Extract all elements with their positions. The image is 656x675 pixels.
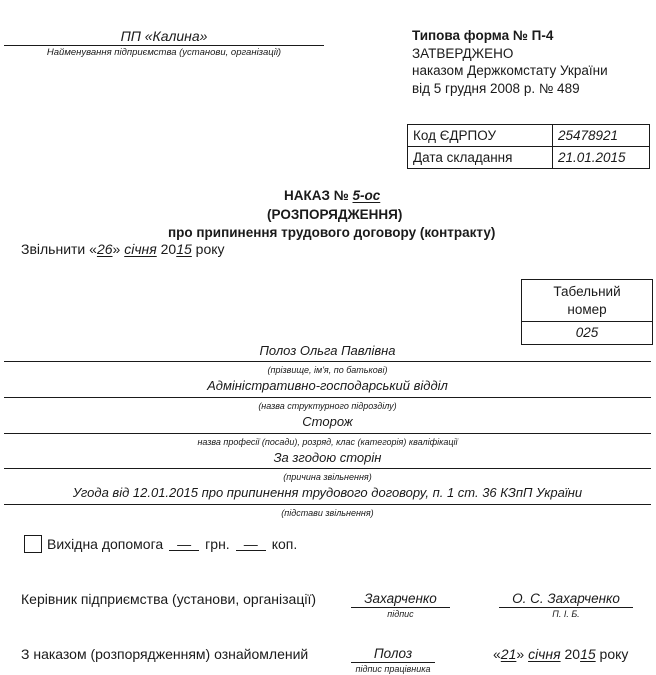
dismiss-label: Звільнити « bbox=[21, 241, 97, 257]
severance-line: Вихідна допомога — грн. — коп. bbox=[24, 535, 297, 553]
position-rule bbox=[4, 433, 651, 434]
order-number-line: НАКАЗ № 5-ос bbox=[0, 187, 656, 206]
approved-date: від 5 грудня 2008 р. № 489 bbox=[412, 80, 608, 98]
position-name: Сторож bbox=[4, 414, 651, 429]
order-title: НАКАЗ № 5-ос (РОЗПОРЯДЖЕННЯ) про припине… bbox=[0, 187, 656, 243]
dismiss-tail: року bbox=[192, 241, 225, 257]
employee-name-rule bbox=[4, 361, 651, 362]
date-value: 21.01.2015 bbox=[553, 147, 650, 169]
employee-signature-value: Полоз bbox=[351, 646, 435, 663]
ack-date-day: 21 bbox=[501, 646, 517, 662]
department-caption: (назва структурного підрозділу) bbox=[4, 401, 651, 411]
form-header: Типова форма № П-4 ЗАТВЕРДЖЕНО наказом Д… bbox=[412, 27, 608, 97]
severance-kop-value: — bbox=[236, 538, 266, 551]
employee-name-caption: (прізвище, ім'я, по батькові) bbox=[4, 365, 651, 375]
dismiss-year-suffix: 15 bbox=[176, 241, 192, 257]
dismissal-reason-rule bbox=[4, 468, 651, 469]
department-name: Адміністративно-господарський відділ bbox=[4, 378, 651, 393]
employee-signature-caption: підпис працівника bbox=[351, 664, 435, 674]
organization-rule bbox=[4, 45, 324, 46]
edrpou-value: 25478921 bbox=[553, 125, 650, 147]
severance-uah-value: — bbox=[169, 538, 199, 551]
department-rule bbox=[4, 397, 651, 398]
dismiss-date-line: Звільнити «26» січня 2015 року bbox=[21, 241, 225, 257]
dismissal-basis: Угода від 12.01.2015 про припинення труд… bbox=[4, 485, 651, 500]
head-signature-value: Захарченко bbox=[351, 591, 450, 608]
head-name-caption: П. І. Б. bbox=[499, 609, 633, 619]
ack-date-close: » bbox=[516, 646, 528, 662]
table-row: Дата складання 21.01.2015 bbox=[408, 147, 650, 169]
order-number: 5-ос bbox=[353, 188, 381, 203]
organization-name: ПП «Калина» bbox=[4, 28, 324, 44]
tab-number-label-line1: Табельний bbox=[522, 283, 652, 301]
tab-number-box: Табельний номер 025 bbox=[521, 279, 653, 345]
head-label: Керівник підприємства (установи, організ… bbox=[21, 591, 316, 607]
tab-number-value: 025 bbox=[522, 322, 652, 344]
ack-date-open: « bbox=[493, 646, 501, 662]
head-signature-caption: підпис bbox=[351, 609, 450, 619]
edrpou-label: Код ЄДРПОУ bbox=[408, 125, 553, 147]
dismiss-day: 26 bbox=[97, 241, 113, 257]
dismissal-reason-caption: (причина звільнення) bbox=[4, 472, 651, 482]
dismissal-basis-caption: (підстави звільнення) bbox=[4, 508, 651, 518]
tab-number-label: Табельний номер bbox=[522, 280, 652, 322]
severance-checkbox[interactable] bbox=[24, 535, 42, 553]
ack-date-tail: року bbox=[596, 646, 629, 662]
head-name-value: О. С. Захарченко bbox=[499, 591, 633, 608]
severance-uah-unit: грн. bbox=[205, 536, 230, 552]
employee-signature: Полоз підпис працівника bbox=[351, 646, 435, 674]
severance-label: Вихідна допомога bbox=[47, 536, 163, 552]
severance-kop-unit: коп. bbox=[272, 536, 298, 552]
dismiss-month: січня bbox=[124, 241, 157, 257]
order-subject: про припинення трудового договору (контр… bbox=[0, 224, 656, 243]
employee-name: Полоз Ольга Павлівна bbox=[4, 343, 651, 358]
ack-date: «21» січня 2015 року bbox=[493, 646, 628, 662]
order-subtitle: (РОЗПОРЯДЖЕННЯ) bbox=[0, 206, 656, 225]
approved-by: наказом Держкомстату України bbox=[412, 62, 608, 80]
ack-label: З наказом (розпорядженням) ознайомлений bbox=[21, 646, 308, 662]
order-prefix: НАКАЗ № bbox=[284, 188, 353, 203]
position-caption: назва професії (посади), розряд, клас (к… bbox=[4, 437, 651, 447]
head-signature: Захарченко підпис bbox=[351, 591, 450, 619]
organization-caption: Найменування підприємства (установи, орг… bbox=[4, 47, 324, 58]
form-type: Типова форма № П-4 bbox=[412, 27, 608, 45]
table-row: Код ЄДРПОУ 25478921 bbox=[408, 125, 650, 147]
head-name: О. С. Захарченко П. І. Б. bbox=[499, 591, 633, 619]
dismissal-basis-rule bbox=[4, 504, 651, 505]
tab-number-label-line2: номер bbox=[522, 301, 652, 319]
codes-table: Код ЄДРПОУ 25478921 Дата складання 21.01… bbox=[407, 124, 650, 169]
dismiss-year-prefix: 20 bbox=[157, 241, 176, 257]
approved-label: ЗАТВЕРДЖЕНО bbox=[412, 45, 608, 63]
dismissal-reason: За згодою сторін bbox=[4, 450, 651, 465]
ack-date-month: січня bbox=[528, 646, 561, 662]
dismiss-quote: » bbox=[113, 241, 125, 257]
ack-date-year-suffix: 15 bbox=[580, 646, 596, 662]
date-label: Дата складання bbox=[408, 147, 553, 169]
ack-date-year-prefix: 20 bbox=[561, 646, 580, 662]
